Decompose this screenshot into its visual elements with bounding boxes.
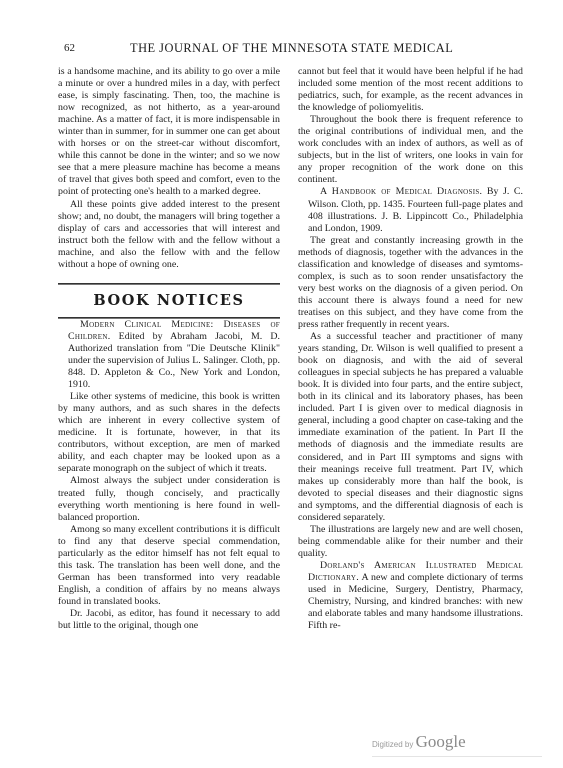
- paragraph: All these points give added interest to …: [58, 199, 280, 271]
- google-logo: Google: [416, 732, 466, 751]
- right-column: cannot but feel that it would have been …: [298, 66, 523, 632]
- paragraph: Throughout the book there is frequent re…: [298, 114, 523, 186]
- paragraph: The illustrations are largely new and ar…: [298, 524, 523, 560]
- watermark-prefix: Digitized by: [372, 740, 416, 749]
- running-title: THE JOURNAL OF THE MINNESOTA STATE MEDIC…: [130, 41, 453, 56]
- book-entry: A Handbook of Medical Diagnosis. By J. C…: [298, 186, 523, 234]
- section-heading: BOOK NOTICES: [58, 295, 280, 307]
- page-number: 62: [64, 42, 75, 54]
- digitized-watermark: Digitized by Google: [372, 732, 466, 752]
- paragraph: Like other systems of medicine, this boo…: [58, 391, 280, 475]
- book-entry: Modern Clinical Medicine: Diseases of Ch…: [58, 319, 280, 391]
- footer-rule: [372, 756, 542, 757]
- page-header: 62 THE JOURNAL OF THE MINNESOTA STATE ME…: [64, 42, 484, 56]
- paragraph: cannot but feel that it would have been …: [298, 66, 523, 114]
- paragraph: Among so many excellent contributions it…: [58, 524, 280, 608]
- book-entry: Dorland's American Illustrated Medical D…: [298, 560, 523, 632]
- paragraph: Almost always the subject under consider…: [58, 475, 280, 523]
- left-column: is a handsome machine, and its ability t…: [58, 66, 280, 632]
- paragraph: is a handsome machine, and its ability t…: [58, 66, 280, 199]
- book-title: A Handbook of Medical Diagnosis.: [320, 186, 482, 197]
- divider-rule: [58, 283, 280, 285]
- paragraph: The great and constantly increasing grow…: [298, 235, 523, 331]
- paragraph: Dr. Jacobi, as editor, has found it nece…: [58, 608, 280, 632]
- paragraph: As a successful teacher and practitioner…: [298, 331, 523, 524]
